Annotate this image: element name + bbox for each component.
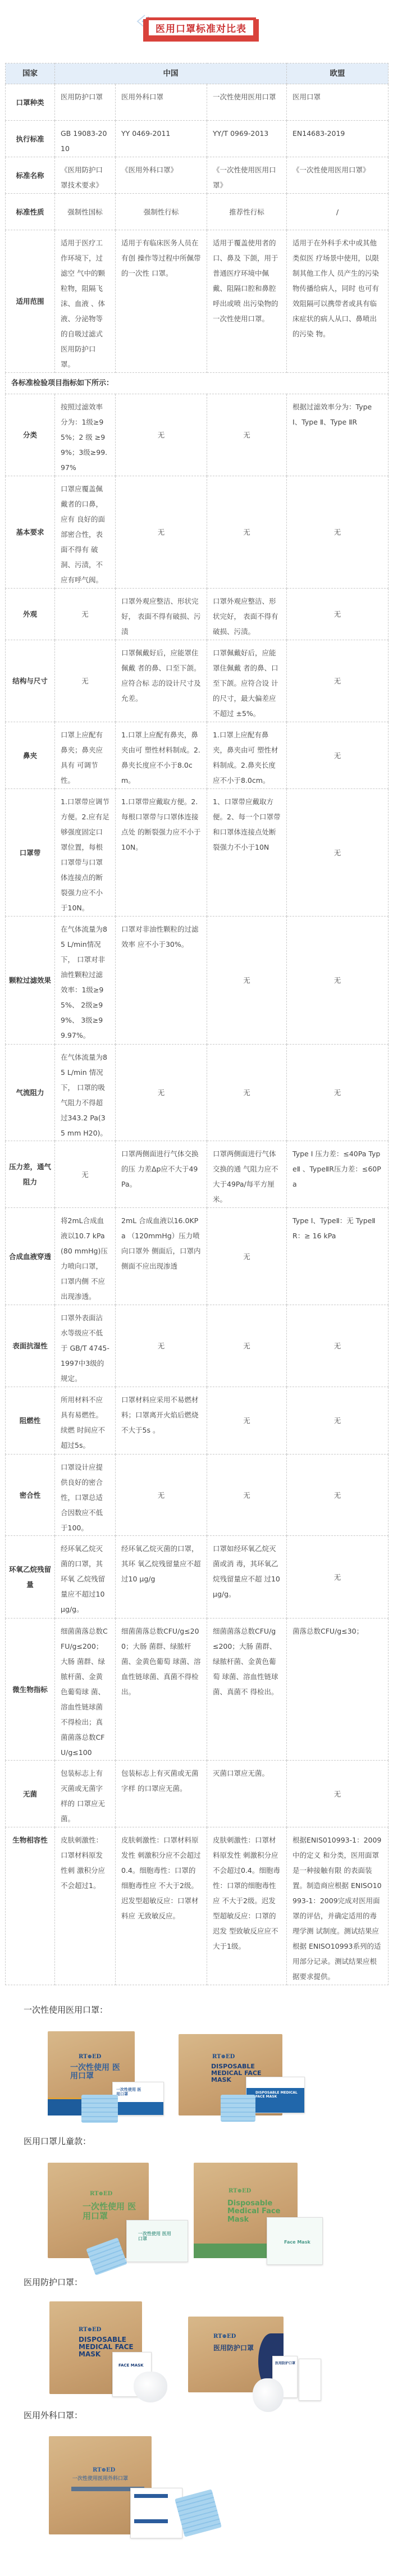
cell: 无 — [116, 1455, 207, 1536]
cell: 口罩佩戴好后，应能罩住佩戴 者的鼻、口至下颌。应符合设 计的尺寸，最大偏差应不超… — [207, 640, 287, 722]
box-label: 医用防护口罩 — [213, 2345, 258, 2352]
cell: 《一次性使用医用口罩》 — [207, 157, 287, 194]
table-row: 鼻夹 口罩上应配有鼻夹；鼻夹应具有 可调节性。 1.口罩上应配有鼻夹，鼻夹由可 … — [6, 722, 389, 789]
row-label: 阻燃性 — [6, 1387, 55, 1455]
table-row: 阻燃性 所用材料不应具有易燃性。续燃 时间应不超过5s。 口罩材料应采用不易燃材… — [6, 1387, 389, 1455]
cell: 根据ENIS010993-1：2009中的定义 和分类，医用面罩是一种接触有限 … — [287, 1827, 389, 1985]
cell: 口罩设计应提供良好的密合性，口罩总适合因数应不低于100。 — [55, 1455, 116, 1536]
cell: 无 — [287, 1536, 389, 1618]
table-row: 环氧乙烷残留量 经环氧乙烷灭菌的口罩，其环氧 乙烷残留量应不超过10 μg/g。… — [6, 1536, 389, 1618]
cell: 口罩外表面沾水等级应不低于 GB/T 4745-1997中3级的规定。 — [55, 1305, 116, 1387]
table-row: 适用范围 适用于医疗工作环境下，过滤空 气中的颗粒物，阻隔飞沫、血液 、体液、分… — [6, 230, 389, 373]
cell: 经环氧乙烷灭菌的口罩，其环 氧乙烷残留量应不超过10 μg/g — [116, 1536, 207, 1618]
cell: 口罩材料应采用不易燃材料；口罩离开火焰后燃烧不大于5s 。 — [116, 1387, 207, 1455]
cell: 一次性使用医用口罩 — [207, 84, 287, 121]
table-row: 执行标准 GB 19083-2010 YY 0469-2011 YY/T 096… — [6, 121, 389, 157]
cell: 细菌菌落总数CFU/g≤200；大肠 菌群、绿脓杆菌、金黄色葡萄球 菌、溶血性链… — [55, 1618, 116, 1761]
cell: 将2mL合成血液以10.7 kPa (80 mmHg)压力喷向口罩，口罩内侧 不… — [55, 1208, 116, 1305]
cell: 所用材料不应具有易燃性。续燃 时间应不超过5s。 — [55, 1387, 116, 1455]
cell: 无 — [287, 1387, 389, 1455]
cell: 皮肤刺激性：口罩材料原发性刺 激积分应不会超过1。 — [55, 1827, 116, 1985]
row-label: 环氧乙烷残留量 — [6, 1536, 55, 1618]
cell: 无 — [287, 789, 389, 917]
row-label: 密合性 — [6, 1455, 55, 1536]
product-image: RT⊕ED 医用防护口罩 医用防护口罩 — [188, 2311, 326, 2418]
box-label: 一次性使用 医用口罩 — [83, 2202, 139, 2221]
cell: 无 — [207, 1045, 287, 1141]
cell: 无 — [207, 476, 287, 589]
cell: 无 — [55, 1141, 116, 1208]
table-row: 颗粒过滤效果 在气体流量为85 L/min情况下， 口罩对非油性颗粒过滤效率：1… — [6, 917, 389, 1045]
cell: 1.口罩带应戴取方便。2.每根口罩带与口罩体连接点处 的断裂强力应不小于10N。 — [116, 789, 207, 917]
section-title: 各标准检验项目指标如下所示： — [6, 373, 389, 394]
row-label: 生物相容性 — [6, 1827, 55, 1985]
cell: 无 — [287, 589, 389, 640]
brand-logo: RT⊕ED — [213, 2333, 236, 2340]
cell: 口罩应覆盖佩戴者的口鼻，应有 良好的面部密合性，表面不得有 破洞、污渍，不应有呼… — [55, 476, 116, 589]
cell: 在气体流量为85 L/min情况下， 口罩对非油性颗粒过滤效率：1级≥95%、 … — [55, 917, 116, 1045]
cell: 1.口罩上应配有鼻夹，鼻夹由可 塑性材料制成。2.鼻夹长度应不小于8.0cm。 — [116, 722, 207, 789]
cell: 1.口罩上应配有鼻夹，鼻夹由可 塑性材料制成。2.鼻夹长度应不小于8.0cm。 — [207, 722, 287, 789]
cell: 无 — [207, 1208, 287, 1305]
n95-mask — [134, 2372, 167, 2402]
title-banner: 医用口罩标准对比表 — [0, 0, 393, 63]
cell: 《医用外科口罩》 — [116, 157, 207, 194]
product-image: RT⊕ED 一次性使用 医用口罩 一次性使用 医用口罩 — [48, 2158, 188, 2270]
cell: 包装标志上有灭菌或无菌字样 的口罩应无菌。 — [116, 1761, 207, 1827]
table-row: 口罩种类 医用防护口罩 医用外科口罩 一次性使用医用口罩 医用口罩 — [6, 84, 389, 121]
product-heading: 一次性使用医用口罩： — [24, 2004, 108, 2016]
cell: 根据过滤效率分为：Type Ⅰ、Type Ⅱ、Type ⅡR — [287, 394, 389, 476]
cell: 包装标志上有灭菌或无菌字样的 口罩应无菌。 — [55, 1761, 116, 1827]
product-image: RT⊕ED Disposable Medical Face Mask Face … — [194, 2158, 328, 2270]
cell: 细菌菌落总数CFU/g≤200；大肠 菌群、绿脓杆菌、金黄色葡萄 球菌、溶血性链… — [207, 1618, 287, 1761]
brand-logo: RT⊕ED — [79, 2054, 101, 2060]
cell: 无 — [287, 917, 389, 1045]
header-china: 中国 — [55, 63, 287, 84]
cell: 无 — [207, 1455, 287, 1536]
cell: 无 — [287, 476, 389, 589]
row-label: 标准名称 — [6, 157, 55, 194]
cell: 无 — [287, 1045, 389, 1141]
cell: 口罩如经环氧乙烷灭菌或消 毒，其环氧乙烷残留量应不超 过10 μg/g。 — [207, 1536, 287, 1618]
cell: 菌落总数CFU/g≤30； — [287, 1618, 389, 1761]
cell: 1.口罩带应调节方便。2.应有足够强度固定口罩位置，每根口罩带与口罩体连接点的断… — [55, 789, 116, 917]
cell: 强制性行标 — [116, 194, 207, 230]
box-label: 一次性使用医用外科口罩 — [72, 2477, 145, 2482]
row-label: 结构与尺寸 — [6, 640, 55, 722]
cell: 无 — [207, 917, 287, 1045]
cell: 口罩上应配有鼻夹；鼻夹应具有 可调节性。 — [55, 722, 116, 789]
cell: 医用口罩 — [287, 84, 389, 121]
table-row: 标准名称 《医用防护口罩技术要求》 《医用外科口罩》 《一次性使用医用口罩》 《… — [6, 157, 389, 194]
table-row: 外观 无 口罩外观应整洁、形状完好， 表面不得有破损、污渍 口罩外观应整洁、形状… — [6, 589, 389, 640]
cell: 1、口罩带应戴取方便。2、每一个口罩带和口罩体连接点处断裂强力不小于10N — [207, 789, 287, 917]
row-label: 标准性质 — [6, 194, 55, 230]
cell: 口罩对非油性颗粒的过滤效率 应不小于30%。 — [116, 917, 207, 1045]
product-image: RT⊕ED DISPOSABLE MEDICAL FACE MASK FACE … — [49, 2296, 176, 2405]
cell: 无 — [287, 640, 389, 722]
table-row: 结构与尺寸 无 口罩佩戴好后，应能罩住佩戴 者的鼻、口至下颌。应符合标 志的设计… — [6, 640, 389, 722]
cell: / — [287, 194, 389, 230]
cell: 经环氧乙烷灭菌的口罩，其环氧 乙烷残留量应不超过10 μg/g。 — [55, 1536, 116, 1618]
row-label: 口罩带 — [6, 789, 55, 917]
cell: 口罩两侧面进行气体交换的通 气阻力应不大于49Pa/每平方厘米。 — [207, 1141, 287, 1208]
row-label: 颗粒过滤效果 — [6, 917, 55, 1045]
cell: 适用于有临床医务人员在有创 操作等过程中所佩带的一次性 口罩。 — [116, 230, 207, 373]
section-header-row: 各标准检验项目指标如下所示： — [6, 373, 389, 394]
table-row: 口罩带 1.口罩带应调节方便。2.应有足够强度固定口罩位置，每根口罩带与口罩体连… — [6, 789, 389, 917]
row-label: 合成血液穿透 — [6, 1208, 55, 1305]
mask-pack — [299, 2359, 321, 2401]
product-heading: 医用外科口罩： — [24, 2409, 83, 2421]
table-row: 气流阻力 在气体流量为85 L/min 情况下， 口罩的吸气阻力不得超过343.… — [6, 1045, 389, 1141]
cell: YY/T 0969-2013 — [207, 121, 287, 157]
cell: Type Ⅰ 压力差：≤40Pa TypeⅡ 、TypeⅡR压力差：≤60Pa — [287, 1141, 389, 1208]
cell: 细菌菌落总数CFU/g≤200；大肠 菌群、绿脓杆菌、金黄色葡萄 球菌、溶血性链… — [116, 1618, 207, 1761]
cell: 推荐性行标 — [207, 194, 287, 230]
product-image: RT⊕ED DISPOSABLE MEDICAL FACE MASK DISPO… — [179, 2027, 308, 2123]
row-label: 微生物指标 — [6, 1618, 55, 1761]
row-label: 适用范围 — [6, 230, 55, 373]
table-row: 微生物指标 细菌菌落总数CFU/g≤200；大肠 菌群、绿脓杆菌、金黄色葡萄球 … — [6, 1618, 389, 1761]
brand-logo: RT⊕ED — [90, 2191, 112, 2197]
cell: Type Ⅰ、TypeⅡ：无 TypeⅡR：≥ 16 kPa — [287, 1208, 389, 1305]
cell: GB 19083-2010 — [55, 121, 116, 157]
product-image: RT⊕ED 一次性使用医用外科口罩 — [49, 2432, 223, 2538]
row-label: 表面抗湿性 — [6, 1305, 55, 1387]
cell: EN14683-2019 — [287, 121, 389, 157]
mask-pack — [130, 2488, 182, 2538]
row-label: 执行标准 — [6, 121, 55, 157]
cell: 2mL 合成血液以16.0KPa （120mmHg）压力喷向口罩外 侧面后，口罩… — [116, 1208, 207, 1305]
cell: 适用于覆盖使用者的口、鼻及 下颌，用于普通医疗环境中佩戴、阻隔口腔和鼻腔呼出或喷… — [207, 230, 287, 373]
cell: 无 — [116, 1045, 207, 1141]
n95-mask — [253, 2378, 284, 2412]
page-title: 医用口罩标准对比表 — [156, 21, 246, 35]
table-row: 基本要求 口罩应覆盖佩戴者的口鼻，应有 良好的面部密合性，表面不得有 破洞、污渍… — [6, 476, 389, 589]
cell: 强制性国标 — [55, 194, 116, 230]
cell: 皮肤刺激性：口罩材料原发性 刺激积分应不会超过0.4。细胞毒性：口罩的细胞毒性应… — [116, 1827, 207, 1985]
cell: YY 0469-2011 — [116, 121, 207, 157]
cell: 《医用防护口罩技术要求》 — [55, 157, 116, 194]
cell: 无 — [116, 476, 207, 589]
table-header-row: 国家 中国 欧盟 — [6, 63, 389, 84]
cell: 无 — [207, 394, 287, 476]
cell: 口罩两侧面进行气体交换的压 力差Δp应不大于49 Pa。 — [116, 1141, 207, 1208]
header-country: 国家 — [6, 63, 55, 84]
cell: 无 — [207, 1305, 287, 1387]
cell: 适用于医疗工作环境下，过滤空 气中的颗粒物，阻隔飞沫、血液 、体液、分泌物等的自… — [55, 230, 116, 373]
cell: 口罩外观应整洁、形状完好， 表面不得有破损、污渍。 — [207, 589, 287, 640]
surgical-mask — [221, 2095, 255, 2122]
product-heading: 医用防护口罩： — [24, 2276, 83, 2288]
table-row: 密合性 口罩设计应提供良好的密合性，口罩总适合因数应不低于100。 无 无 无 — [6, 1455, 389, 1536]
table-row: 无菌 包装标志上有灭菌或无菌字样的 口罩应无菌。 包装标志上有灭菌或无菌字样 的… — [6, 1761, 389, 1827]
brand-logo: RT⊕ED — [229, 2188, 251, 2194]
brand-logo: RT⊕ED — [212, 2054, 235, 2060]
row-label: 鼻夹 — [6, 722, 55, 789]
cell: 无 — [287, 1305, 389, 1387]
cell: 适用于在外科手术中或其他类似医 疗场景中使用，以限制其他工作人 员产生的污染物传… — [287, 230, 389, 373]
row-label: 外观 — [6, 589, 55, 640]
product-image: RT⊕ED 一次性使用 医用口罩 一次性使用 医用口罩 — [48, 2025, 166, 2123]
mask-pack: 一次性使用 医用口罩 — [126, 2220, 188, 2262]
mask-pack: 一次性使用 医用口罩 — [112, 2082, 164, 2115]
row-label: 压力差，通气阻力 — [6, 1141, 55, 1208]
cell: 无 — [287, 1761, 389, 1827]
row-label: 口罩种类 — [6, 84, 55, 121]
cell: 无 — [55, 589, 116, 640]
table-row: 合成血液穿透 将2mL合成血液以10.7 kPa (80 mmHg)压力喷向口罩… — [6, 1208, 389, 1305]
title-box: 医用口罩标准对比表 — [146, 17, 256, 39]
cell: 无 — [287, 722, 389, 789]
cell: 无 — [287, 1455, 389, 1536]
row-label: 气流阻力 — [6, 1045, 55, 1141]
surgical-mask — [81, 2095, 118, 2123]
header-eu: 欧盟 — [287, 63, 389, 84]
cell: 无 — [116, 394, 207, 476]
row-label: 分类 — [6, 394, 55, 476]
table-row: 压力差，通气阻力 无 口罩两侧面进行气体交换的压 力差Δp应不大于49 Pa。 … — [6, 1141, 389, 1208]
table-row: 分类 按照过滤效率分为：1级≥95%；2 级 ≥99%；3级≥99.97% 无 … — [6, 394, 389, 476]
cell: 按照过滤效率分为：1级≥95%；2 级 ≥99%；3级≥99.97% — [55, 394, 116, 476]
row-label: 无菌 — [6, 1761, 55, 1827]
cell: 皮肤刺激性：口罩材料原发性 刺激积分应不会超过0.4。细胞毒性：口罩的细胞毒性应… — [207, 1827, 287, 1985]
brand-logo: RT⊕ED — [79, 2327, 101, 2333]
mask-pack: Face Mask — [267, 2217, 323, 2265]
product-heading: 医用口罩儿童款： — [24, 2135, 91, 2147]
cell: 口罩佩戴好后，应能罩住佩戴 者的鼻、口至下颌。应符合标 志的设计尺寸及允差。 — [116, 640, 207, 722]
cell: 在气体流量为85 L/min 情况下， 口罩的吸气阻力不得超过343.2 Pa(… — [55, 1045, 116, 1141]
cell: 无 — [55, 640, 116, 722]
table-row: 生物相容性 皮肤刺激性：口罩材料原发性刺 激积分应不会超过1。 皮肤刺激性：口罩… — [6, 1827, 389, 1985]
cell: 医用防护口罩 — [55, 84, 116, 121]
table-row: 标准性质 强制性国标 强制性行标 推荐性行标 / — [6, 194, 389, 230]
cell: 口罩外观应整洁、形状完好， 表面不得有破损、污渍 — [116, 589, 207, 640]
cell: 医用外科口罩 — [116, 84, 207, 121]
brand-logo: RT⊕ED — [93, 2467, 115, 2473]
table-row: 表面抗湿性 口罩外表面沾水等级应不低于 GB/T 4745-1997中3级的规定… — [6, 1305, 389, 1387]
row-label: 基本要求 — [6, 476, 55, 589]
cell: 灭菌口罩应无菌。 — [207, 1761, 287, 1827]
cell: 无 — [116, 1305, 207, 1387]
box-label: 一次性使用 医用口罩 — [70, 2064, 121, 2081]
cell: 无 — [207, 1387, 287, 1455]
cell: 《一次性使用医用口罩》 — [287, 157, 389, 194]
comparison-table: 国家 中国 欧盟 口罩种类 医用防护口罩 医用外科口罩 一次性使用医用口罩 医用… — [5, 63, 389, 1985]
